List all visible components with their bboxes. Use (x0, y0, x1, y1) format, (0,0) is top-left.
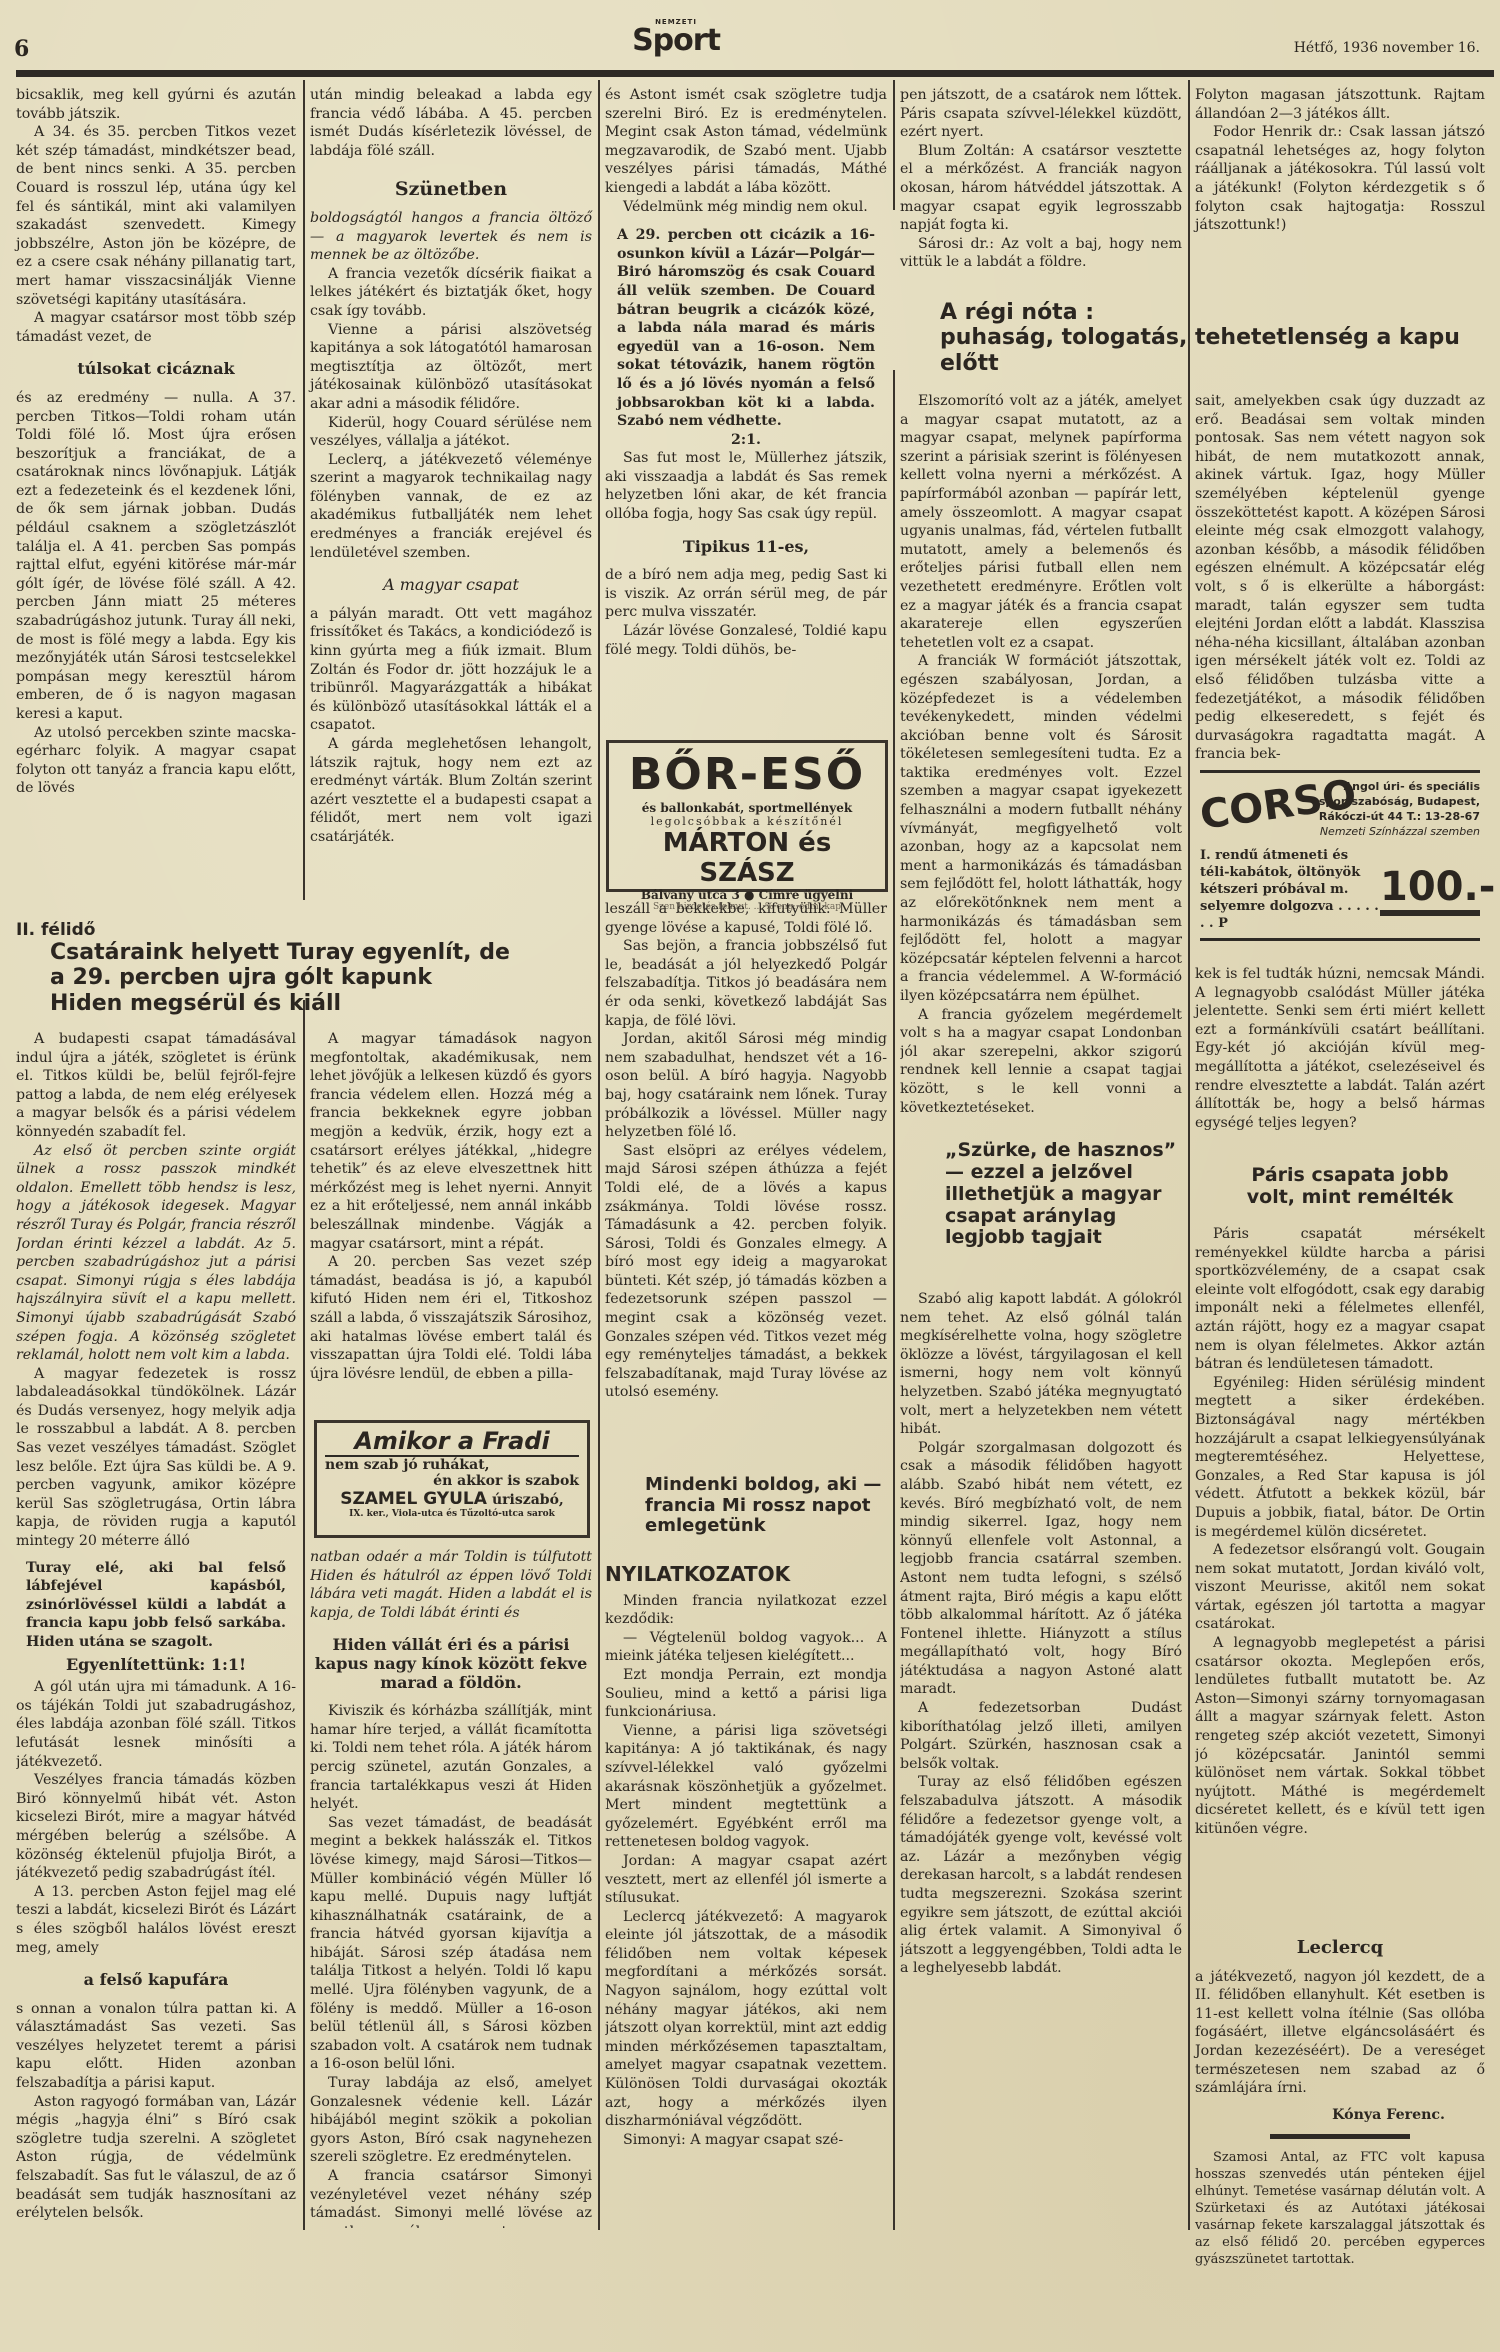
score: 2:1. (605, 431, 887, 450)
newspaper-page: 6 NEMZETI Sport Hétfő, 1936 november 16.… (0, 0, 1500, 2352)
headline-second-half: Csatáraink helyett Turay egyenlít, de a … (50, 940, 610, 1016)
article-col-1: bicsaklik, meg kell gyúrni és azután tov… (16, 86, 296, 798)
article-col-2: után mindig beleakad a labda egy francia… (310, 86, 592, 847)
masthead: 6 NEMZETI Sport Hétfő, 1936 november 16. (14, 18, 1500, 66)
headline-regi-nota: A régi nóta : puhaság, tologatás, tehete… (940, 300, 1480, 376)
headline-szurke: „Szürke, de hasznos” — ezzel a jelzővel … (945, 1140, 1180, 1249)
author-signature: Kónya Ferenc. (1195, 2106, 1485, 2125)
article-col-5-mid: kek is fel tudták húzni, nemcsak Mándi. … (1195, 965, 1485, 1132)
statements-section: NYILATKOZATOK Minden francia nyilatkozat… (605, 1565, 887, 2230)
issue-date: Hétfő, 1936 november 16. (1294, 40, 1480, 56)
column-divider (303, 80, 305, 900)
article-col-4: Elszomorító volt az a játék, amelyet a m… (900, 392, 1182, 1142)
statements-col-5: Folyton magasan játszottunk. Rajtam álla… (1195, 86, 1485, 235)
ad-corso: CORSO Angol úri- és speciális sportszabó… (1200, 770, 1480, 941)
goal-paragraph: A 29. percben ott cicázik a 16-osunkon k… (617, 226, 875, 431)
second-half-col-2b: natban odaér a már Toldin is túlfutott H… (310, 1548, 592, 2228)
column-divider (303, 1000, 305, 2230)
headline-paris: Páris csapata jobb volt, mint remélték (1230, 1165, 1470, 1209)
price: 100.- (1380, 864, 1480, 916)
article-col-3: és Astont ismét csak szögletre tudja sze… (605, 86, 887, 659)
ad-szamel-gyula: Amikor a Fradi nem szab jó ruhákat, én a… (314, 1420, 590, 1538)
statements-col-4: pen játszott, de a csatárok nem lőttek. … (900, 86, 1182, 272)
subheading: A magyar csapat (310, 576, 592, 595)
headline-turay (50, 912, 610, 937)
second-half-col-1: A budapesti csapat támadásával indul újr… (16, 1030, 296, 2230)
subheading-szunetben: Szünetben (310, 180, 592, 199)
subheading: túlsokat cicáznak (16, 360, 296, 379)
column-divider (1188, 80, 1190, 2230)
second-half-col-2: A magyar támadások nagyon megfontoltak, … (310, 1030, 592, 1420)
headline-mindenki-boldog: Mindenki boldog, aki — francia Mi rossz … (645, 1475, 885, 1537)
corso-logo: CORSO (1197, 779, 1302, 838)
article-col-5: sait, amelyekben csak úgy duzzadt az erő… (1195, 392, 1485, 762)
column-divider (893, 370, 895, 2230)
subheading: Tipikus 11-es, (605, 538, 887, 557)
column-divider (598, 80, 600, 2230)
article-col-4-bottom: Szabó alig kapott labdát. A gólokról nem… (900, 1290, 1182, 2230)
ornament-divider (1270, 2134, 1410, 2139)
second-half-col-3: leszáll a bekkekbe, kifutyülik. Müller g… (605, 900, 887, 1400)
article-col-5-bottom: Páris csapatát mérsékelt reményekkel kül… (1195, 1225, 1485, 1965)
masthead-rule (16, 70, 1494, 77)
page-number: 6 (14, 36, 29, 62)
section-title-nyilatkozatok: NYILATKOZATOK (605, 1565, 887, 1584)
referee-section: Leclercq a játékvezető, nagyon jól kezde… (1195, 1925, 1485, 2268)
newspaper-logo: NEMZETI Sport (626, 18, 726, 64)
equalizer: Egyenlítettünk: 1:1! (16, 1656, 296, 1675)
obituary: Szamosi Antal, az FTC volt kapusa hossza… (1195, 2149, 1485, 2268)
ad-bor-eso: BŐR-ESŐ és ballonkabát, sportmellények l… (606, 740, 888, 892)
column-divider (893, 80, 895, 210)
